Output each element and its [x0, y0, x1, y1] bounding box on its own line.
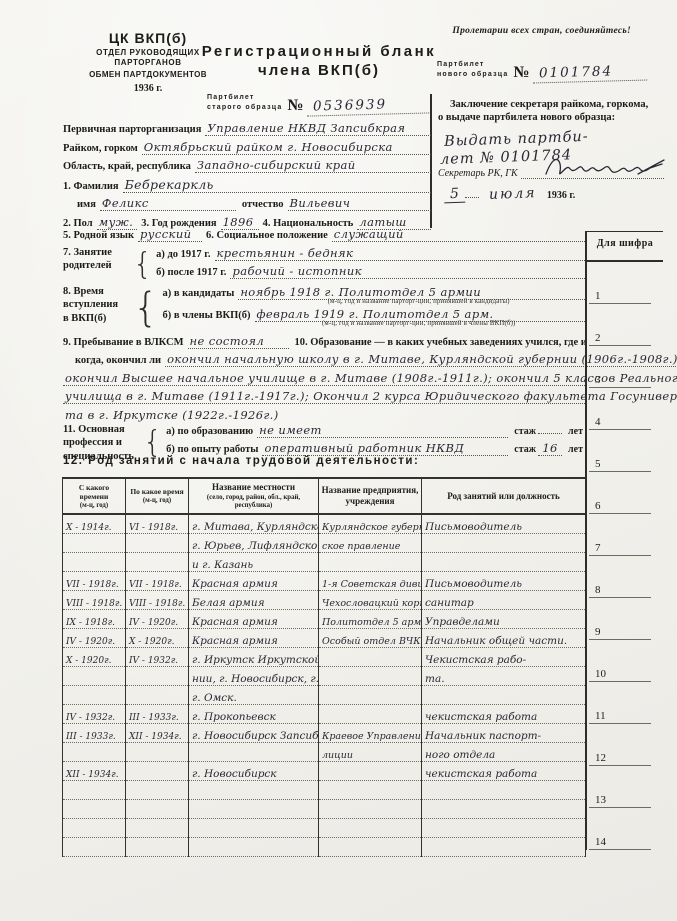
cipher-cell: 12: [589, 724, 651, 766]
occupation-table-cell: VII - 1918г.: [63, 572, 126, 591]
cipher-cell: 2: [589, 304, 651, 346]
cipher-number: 7: [595, 542, 601, 554]
cipher-number: 9: [595, 626, 601, 638]
occupation-table-cell: Чекистская рабо-: [422, 648, 586, 667]
occupation-table-cell: [126, 686, 189, 705]
surname-value: Бебрекаркль: [123, 177, 431, 193]
parents-after-value: рабочий - истопник: [230, 264, 585, 279]
date-month: июля: [479, 185, 547, 203]
occupation-table-row: лицииного отдела: [63, 743, 586, 762]
occupation-table-cell: г. Митава, Курляндской губернии: [189, 514, 319, 534]
registration-form-page: ЦК ВКП(б) ОТДЕЛ РУКОВОДЯЩИХ ПАРТОРГАНОВ …: [0, 0, 677, 921]
occupation-table-cell: санитар: [422, 591, 586, 610]
occupation-table-cell: чекистская работа: [422, 762, 586, 781]
parents-label: 7. Занятие родителей: [63, 246, 127, 283]
occupation-table-row: нии, г. Новосибирск, г. Томск,та.: [63, 667, 586, 686]
form-top-fields: Первичная парторганизация Управление НКВ…: [63, 121, 431, 233]
cipher-cell: 1: [589, 262, 651, 304]
field-language-social: 5. Родной язык русский 6. Социальное пол…: [63, 227, 585, 242]
cipher-number: 5: [595, 458, 601, 470]
staz-by-experience: 16: [538, 441, 562, 456]
occupation-table-cell: Курляндское губерн-: [319, 514, 422, 534]
profession-by-experience: б) по опыту работы оперативный работник …: [166, 441, 585, 456]
occupation-table-row: XII - 1934г.г. Новосибирскчекистская раб…: [63, 762, 586, 781]
occupation-table-cell: [319, 648, 422, 667]
education-value-line4: та в г. Иркутске (1922г.-1926г.): [63, 408, 585, 422]
occupation-table-row: IX - 1918г.IV - 1920г.Красная армияПолит…: [63, 610, 586, 629]
party-entry-group: 8. Время вступления в ВКП(б) { а) в канд…: [63, 285, 585, 331]
partbilet-new-block: Партбилет нового образца № 0101784: [437, 60, 647, 82]
occupation-table-row: и г. Казань: [63, 553, 586, 572]
cipher-number: 14: [595, 836, 606, 848]
numero-sign: №: [287, 97, 306, 115]
occupation-table-cell: XII - 1934г.: [63, 762, 126, 781]
occupation-table-row: X - 1920г.IV - 1932г.г. Иркутск Иркутско…: [63, 648, 586, 667]
occupation-table-cell: [126, 781, 189, 800]
occupation-table-cell: X - 1914г.: [63, 514, 126, 534]
occupation-table-cell: VII - 1918г.: [126, 572, 189, 591]
social-position-value: служащий: [332, 227, 585, 242]
occupation-table-cell: [189, 819, 319, 838]
cipher-column-header: Для шифра: [587, 231, 663, 262]
cipher-number: 2: [595, 332, 601, 344]
occupation-table-cell: [319, 838, 422, 857]
partbilet-old-number: 0536939: [306, 95, 430, 116]
occupation-table-cell: [422, 553, 586, 572]
occupation-table-cell: [319, 686, 422, 705]
cipher-cells: 1234567891011121314: [587, 262, 663, 850]
field-primary-org: Первичная парторганизация Управление НКВ…: [63, 121, 431, 136]
occupation-table-cell: Начальник общей части.: [422, 629, 586, 648]
occupation-table-cell: [319, 705, 422, 724]
occupation-table-cell: [422, 686, 586, 705]
cipher-cell: 8: [589, 556, 651, 598]
occupation-table-row: IV - 1920г.X - 1920г.Красная армияОсобый…: [63, 629, 586, 648]
occupation-table-row: [63, 781, 586, 800]
cipher-number: 10: [595, 668, 606, 680]
form-mid-fields: 5. Родной язык русский 6. Социальное пол…: [63, 227, 585, 465]
occupation-table-cell: [126, 819, 189, 838]
occupation-table-cell: [63, 838, 126, 857]
occupation-table-cell: Управделами: [422, 610, 586, 629]
name-value: Феликс: [100, 196, 236, 211]
cipher-cell: 5: [589, 430, 651, 472]
profession-by-education-value: не имеет: [257, 423, 508, 438]
signature-line: [521, 166, 664, 179]
occupation-table-cell: [126, 553, 189, 572]
native-language-value: русский: [138, 227, 202, 242]
parents-before-1917: а) до 1917 г. крестьянин - бедняк: [156, 246, 585, 261]
occupation-table-cell: [63, 800, 126, 819]
partbilet-old-label: Партбилет старого образца: [207, 93, 287, 115]
occupation-table-row: [63, 838, 586, 857]
cipher-cell: 14: [589, 808, 651, 850]
cipher-number: 13: [595, 794, 606, 806]
cipher-column: Для шифра 1234567891011121314: [585, 231, 663, 850]
occupation-table-cell: нии, г. Новосибирск, г. Томск,: [189, 667, 319, 686]
education-value-line3: училища в г. Митаве (1911г.-1917г.); Око…: [63, 389, 585, 404]
form-title-line2: члена ВКП(б): [193, 62, 445, 79]
occupation-table-cell: VIII - 1918г.: [63, 591, 126, 610]
occupation-table-cell: [126, 667, 189, 686]
occupation-table-cell: и г. Казань: [189, 553, 319, 572]
occupation-table-cell: г. Юрьев, Лифляндской губернии: [189, 534, 319, 553]
occupation-table-cell: Красная армия: [189, 610, 319, 629]
occupation-table-cell: [63, 743, 126, 762]
occupation-table-cell: [422, 781, 586, 800]
occupation-table-cell: IV - 1932г.: [63, 705, 126, 724]
org-year: 1936 г.: [74, 83, 222, 96]
occupation-table-cell: Начальник паспорт-: [422, 724, 586, 743]
occupation-table-cell: [422, 819, 586, 838]
occupation-table-cell: [63, 534, 126, 553]
field-education-line1: когда, окончил ли окончил начальную школ…: [63, 352, 585, 367]
cipher-cell: 3: [589, 346, 651, 388]
occupation-table-row: III - 1933г.XII - 1934г.г. Новосибирск З…: [63, 724, 586, 743]
secretary-signature: [538, 152, 668, 182]
occupation-table-cell: [422, 838, 586, 857]
field-name-patronymic: имя Феликс отчество Вильевич: [63, 196, 431, 211]
occupation-table-cell: г. Новосибирск Запсибкрая: [189, 724, 319, 743]
occupation-table-cell: [189, 743, 319, 762]
cipher-number: 12: [595, 752, 606, 764]
cipher-number: 8: [595, 584, 601, 596]
occupation-table-cell: Особый отдел ВЧК 5 арм.: [319, 629, 422, 648]
col-header-occupation: Род занятий или должность: [422, 478, 586, 514]
occupation-section-title: 12. Род занятий с начала трудовой деятел…: [63, 455, 419, 467]
occupation-table-cell: Краевое Управление ми-: [319, 724, 422, 743]
cipher-number: 4: [595, 416, 601, 428]
occupation-table-cell: [189, 838, 319, 857]
occupation-table-cell: IV - 1920г.: [126, 610, 189, 629]
col-header-locality: Название местности (село, город, район, …: [189, 478, 319, 514]
occupation-table-cell: Письмоводитель: [422, 514, 586, 534]
occupation-table-cell: [63, 686, 126, 705]
numero-sign: №: [513, 64, 532, 82]
occupation-table-cell: XII - 1934г.: [126, 724, 189, 743]
parents-occupation-group: 7. Занятие родителей { а) до 1917 г. кре…: [63, 246, 585, 283]
partbilet-new-number: 0101784: [532, 62, 646, 83]
form-title-line1: Регистрационный бланк: [193, 43, 445, 60]
occupation-table-cell: III - 1933г.: [126, 705, 189, 724]
field-surname: 1. Фамилия Бебрекаркль: [63, 177, 431, 193]
occupation-table-cell: ного отдела: [422, 743, 586, 762]
occupation-table-cell: Красная армия: [189, 629, 319, 648]
raikom-value: Октябрьский райком г. Новосибирска: [142, 140, 431, 155]
occupation-table-row: IV - 1932г.III - 1933г.г. Прокопьевскчек…: [63, 705, 586, 724]
occupation-table-cell: 1-я Советская дивизия: [319, 572, 422, 591]
occupation-table-cell: [126, 800, 189, 819]
proletarian-motto: Пролетарии всех стран, соединяйтесь!: [452, 26, 631, 36]
occupation-table-cell: чекистская работа: [422, 705, 586, 724]
form-title: Регистрационный бланк члена ВКП(б): [193, 43, 445, 79]
occupation-table-cell: [319, 781, 422, 800]
occupation-table-cell: [189, 800, 319, 819]
occupation-table-body: X - 1914г.VI - 1918г.г. Митава, Курляндс…: [63, 514, 586, 857]
cipher-number: 1: [595, 290, 601, 302]
occupation-table-cell: VI - 1918г.: [126, 514, 189, 534]
occupation-table-cell: г. Иркутск Иркутской губер-: [189, 648, 319, 667]
party-entry-label: 8. Время вступления в ВКП(б): [63, 285, 127, 331]
occupation-table-cell: г. Прокопьевск: [189, 705, 319, 724]
cipher-cell: 7: [589, 514, 651, 556]
occupation-table-row: VII - 1918г.VII - 1918г.Красная армия1-я…: [63, 572, 586, 591]
occupation-table-cell: IX - 1918г.: [63, 610, 126, 629]
conclusion-date-row: 5 июля 1936 г.: [438, 185, 664, 203]
occupation-table-cell: VIII - 1918г.: [126, 591, 189, 610]
occupation-table-cell: IV - 1920г.: [63, 629, 126, 648]
occupation-table-row: X - 1914г.VI - 1918г.г. Митава, Курляндс…: [63, 514, 586, 534]
occupation-table-cell: [126, 534, 189, 553]
parents-before-value: крестьянин - бедняк: [215, 246, 586, 261]
cipher-number: 3: [595, 374, 601, 386]
cipher-cell: 9: [589, 598, 651, 640]
date-year: 1936 г.: [547, 190, 575, 201]
cipher-cell: 13: [589, 766, 651, 808]
occupation-table-cell: IV - 1932г.: [126, 648, 189, 667]
occupation-table-cell: та.: [422, 667, 586, 686]
occupation-table-cell: [63, 667, 126, 686]
occupation-table-row: [63, 800, 586, 819]
occupation-table-cell: [126, 762, 189, 781]
occupation-table-cell: [319, 667, 422, 686]
occupation-table-cell: [189, 781, 319, 800]
occupation-table-cell: [126, 743, 189, 762]
cipher-number: 6: [595, 500, 601, 512]
occupation-table-row: [63, 819, 586, 838]
patronymic-value: Вильевич: [288, 196, 431, 211]
region-value: Западно-сибирский край: [195, 158, 431, 173]
field-komsomol-education: 9. Пребывание в ВЛКСМ не состоял 10. Обр…: [63, 334, 585, 349]
occupation-table-header: С какого времени (м-ц, год) По какое вре…: [63, 478, 586, 514]
staz-by-education: [538, 433, 562, 434]
occupation-table-cell: г. Новосибирск: [189, 762, 319, 781]
occupation-table-cell: [422, 800, 586, 819]
occupation-table-cell: X - 1920г.: [63, 648, 126, 667]
komsomol-value: не состоял: [188, 334, 289, 349]
curly-brace-icon: {: [127, 247, 156, 282]
occupation-table-cell: Красная армия: [189, 572, 319, 591]
occupation-table-cell: г. Омск.: [189, 686, 319, 705]
occupation-table-cell: III - 1933г.: [63, 724, 126, 743]
cipher-cell: 11: [589, 682, 651, 724]
cipher-cell: 6: [589, 472, 651, 514]
cipher-number: 11: [595, 710, 606, 722]
occupation-table-cell: [319, 800, 422, 819]
occupation-table-row: г. Юрьев, Лифляндской губернииское правл…: [63, 534, 586, 553]
partbilet-old-block: Партбилет старого образца № 0536939: [207, 93, 431, 115]
occupation-table-cell: [63, 781, 126, 800]
profession-by-experience-value: оперативный работник НКВД: [262, 441, 508, 456]
occupation-table-cell: Политотдел 5 армии: [319, 610, 422, 629]
occupation-table-cell: Письмоводитель: [422, 572, 586, 591]
field-raikom: Райком, горком Октябрьский райком г. Нов…: [63, 140, 431, 155]
occupation-table-cell: [319, 819, 422, 838]
cipher-cell: 10: [589, 640, 651, 682]
primary-org-value: Управление НКВД Запсибкрая: [205, 121, 431, 136]
occupation-table-cell: ское правление: [319, 534, 422, 553]
occupation-table: С какого времени (м-ц, год) По какое вре…: [62, 477, 586, 857]
profession-by-education: а) по образованию не имеет стаж лет: [166, 423, 585, 438]
parents-after-1917: б) после 1917 г. рабочий - истопник: [156, 264, 585, 279]
col-header-from: С какого времени (м-ц, год): [63, 478, 126, 514]
col-header-enterprise: Название предприятия, учреждения: [319, 478, 422, 514]
occupation-table-cell: [319, 762, 422, 781]
occupation-table-cell: [63, 553, 126, 572]
field-region: Область, край, республика Западно-сибирс…: [63, 158, 431, 173]
occupation-table-row: VIII - 1918г.VIII - 1918г.Белая армияЧех…: [63, 591, 586, 610]
occupation-table-row: г. Омск.: [63, 686, 586, 705]
occupation-table-cell: [422, 534, 586, 553]
secretary-label: Секретарь РК, ГК: [438, 168, 521, 179]
occupation-table-cell: Чехословацкий корпус: [319, 591, 422, 610]
date-day: 5: [444, 186, 466, 204]
occupation-table-cell: X - 1920г.: [126, 629, 189, 648]
partbilet-new-label: Партбилет нового образца: [437, 60, 513, 82]
col-header-to: По какое время (м-ц, год): [126, 478, 189, 514]
occupation-table-cell: Белая армия: [189, 591, 319, 610]
occupation-table-cell: [63, 819, 126, 838]
cipher-cell: 4: [589, 388, 651, 430]
secretary-signature-row: Секретарь РК, ГК: [438, 166, 664, 179]
curly-brace-icon: {: [127, 285, 162, 331]
secretary-conclusion-block: Заключение секретаря райкома, горкома, о…: [438, 98, 664, 203]
occupation-table-cell: лиции: [319, 743, 422, 762]
occupation-table-cell: [319, 553, 422, 572]
conclusion-heading: Заключение секретаря райкома, горкома, о…: [438, 98, 664, 124]
education-value-line2: окончил Высшее начальное училище в г. Ми…: [63, 371, 585, 386]
occupation-table-cell: [126, 838, 189, 857]
